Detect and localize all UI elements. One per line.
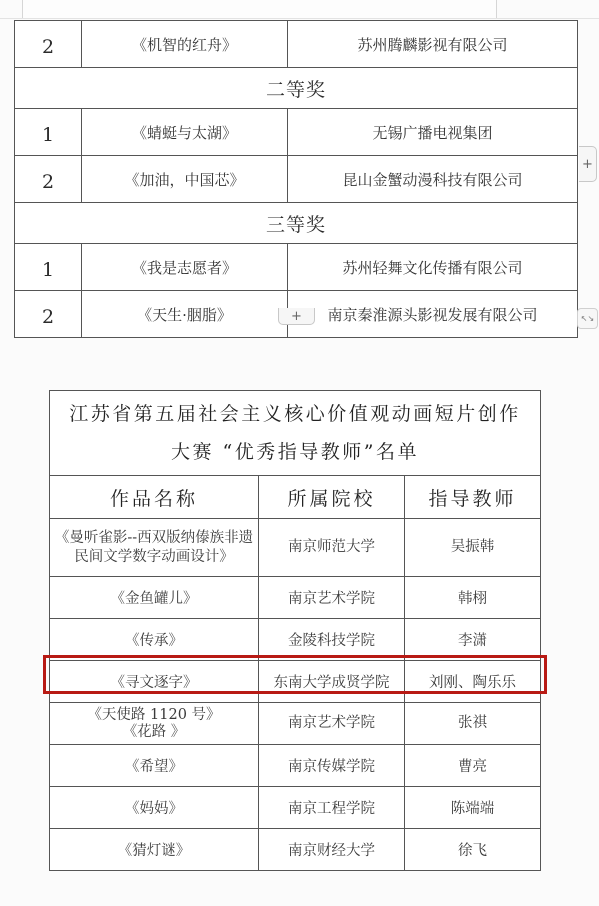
table-title[interactable]: 江苏省第五届社会主义核心价值观动画短片创作大赛 “优秀指导教师”名单	[50, 391, 541, 476]
school-cell[interactable]: 南京师范大学	[259, 519, 405, 577]
work-cell[interactable]: 《曼听雀影--西双版纳傣族非遗民间文学数字动画设计》	[50, 519, 259, 577]
table-row: 《希望》 南京传媒学院 曹亮	[50, 745, 541, 787]
work-cell[interactable]: 《希望》	[50, 745, 259, 787]
teacher-cell[interactable]: 徐飞	[405, 829, 541, 871]
rank-cell[interactable]: 2	[15, 156, 82, 203]
plus-icon: +	[291, 309, 302, 324]
school-cell[interactable]: 南京工程学院	[259, 787, 405, 829]
organization-cell[interactable]: 南京秦淮源头影视发展有限公司	[288, 291, 578, 338]
table-row: 《猜灯谜》 南京财经大学 徐飞	[50, 829, 541, 871]
work-cell[interactable]: 《蜻蜓与太湖》	[82, 109, 288, 156]
organization-cell[interactable]: 昆山金蟹动漫科技有限公司	[288, 156, 578, 203]
column-header-work[interactable]: 作品名称	[50, 476, 259, 519]
rank-cell[interactable]: 2	[15, 291, 82, 338]
table-row: 2 《机智的红舟》 苏州腾麟影视有限公司	[15, 21, 578, 68]
work-title-line: 《花路 》	[50, 724, 258, 741]
outstanding-teachers-table: 江苏省第五届社会主义核心价值观动画短片创作大赛 “优秀指导教师”名单 作品名称 …	[49, 390, 541, 871]
add-row-button[interactable]: +	[278, 308, 315, 325]
add-column-button[interactable]: +	[579, 146, 597, 182]
work-cell[interactable]: 《天使路 1120 号》 《花路 》	[50, 703, 259, 745]
table-row: 《天使路 1120 号》 《花路 》 南京艺术学院 张祺	[50, 703, 541, 745]
organization-cell[interactable]: 无锡广播电视集团	[288, 109, 578, 156]
work-cell[interactable]: 《加油，中国芯》	[82, 156, 288, 203]
page-separator	[0, 18, 599, 19]
work-cell[interactable]: 《金鱼罐儿》	[50, 577, 259, 619]
organization-cell[interactable]: 苏州腾麟影视有限公司	[288, 21, 578, 68]
work-cell[interactable]: 《妈妈》	[50, 787, 259, 829]
teacher-cell[interactable]: 刘刚、陶乐乐	[405, 661, 541, 703]
work-title-line: 《天使路 1120 号》	[50, 707, 258, 724]
school-cell[interactable]: 南京艺术学院	[259, 577, 405, 619]
work-cell[interactable]: 《我是志愿者》	[82, 244, 288, 291]
table-row: 《金鱼罐儿》 南京艺术学院 韩栩	[50, 577, 541, 619]
school-cell[interactable]: 南京财经大学	[259, 829, 405, 871]
work-cell[interactable]: 《天生·胭脂》	[82, 291, 288, 338]
school-cell[interactable]: 东南大学成贤学院	[259, 661, 405, 703]
teacher-cell[interactable]: 张祺	[405, 703, 541, 745]
title-row: 江苏省第五届社会主义核心价值观动画短片创作大赛 “优秀指导教师”名单	[50, 391, 541, 476]
teacher-cell[interactable]: 曹亮	[405, 745, 541, 787]
school-cell[interactable]: 南京传媒学院	[259, 745, 405, 787]
section-title-second-prize[interactable]: 二等奖	[15, 68, 578, 109]
teacher-cell[interactable]: 李潇	[405, 619, 541, 661]
table-row: 1 《蜻蜓与太湖》 无锡广播电视集团	[15, 109, 578, 156]
teacher-cell[interactable]: 吴振韩	[405, 519, 541, 577]
work-cell[interactable]: 《猜灯谜》	[50, 829, 259, 871]
section-header-row: 二等奖	[15, 68, 578, 109]
rank-cell[interactable]: 1	[15, 244, 82, 291]
school-cell[interactable]: 金陵科技学院	[259, 619, 405, 661]
work-cell[interactable]: 《机智的红舟》	[82, 21, 288, 68]
section-header-row: 三等奖	[15, 203, 578, 244]
award-table: 2 《机智的红舟》 苏州腾麟影视有限公司 二等奖 1 《蜻蜓与太湖》 无锡广播电…	[14, 20, 578, 338]
work-cell[interactable]: 《传承》	[50, 619, 259, 661]
column-header-school[interactable]: 所属院校	[259, 476, 405, 519]
plus-icon: +	[582, 157, 593, 172]
previous-page-edge	[22, 0, 497, 19]
table-row: 2 《加油，中国芯》 昆山金蟹动漫科技有限公司	[15, 156, 578, 203]
table-resize-handle[interactable]: ↖↘	[577, 308, 598, 329]
organization-cell[interactable]: 苏州轻舞文化传播有限公司	[288, 244, 578, 291]
section-title-third-prize[interactable]: 三等奖	[15, 203, 578, 244]
table-row: 1 《我是志愿者》 苏州轻舞文化传播有限公司	[15, 244, 578, 291]
school-cell[interactable]: 南京艺术学院	[259, 703, 405, 745]
teacher-cell[interactable]: 陈端端	[405, 787, 541, 829]
resize-arrows-icon: ↖↘	[581, 314, 594, 323]
table-row: 《妈妈》 南京工程学院 陈端端	[50, 787, 541, 829]
table-row-highlighted: 《寻文逐字》 东南大学成贤学院 刘刚、陶乐乐	[50, 661, 541, 703]
rank-cell[interactable]: 2	[15, 21, 82, 68]
table-row: 《传承》 金陵科技学院 李潇	[50, 619, 541, 661]
column-header-teacher[interactable]: 指导教师	[405, 476, 541, 519]
header-row: 作品名称 所属院校 指导教师	[50, 476, 541, 519]
work-cell[interactable]: 《寻文逐字》	[50, 661, 259, 703]
rank-cell[interactable]: 1	[15, 109, 82, 156]
table-row: 《曼听雀影--西双版纳傣族非遗民间文学数字动画设计》 南京师范大学 吴振韩	[50, 519, 541, 577]
teacher-cell[interactable]: 韩栩	[405, 577, 541, 619]
